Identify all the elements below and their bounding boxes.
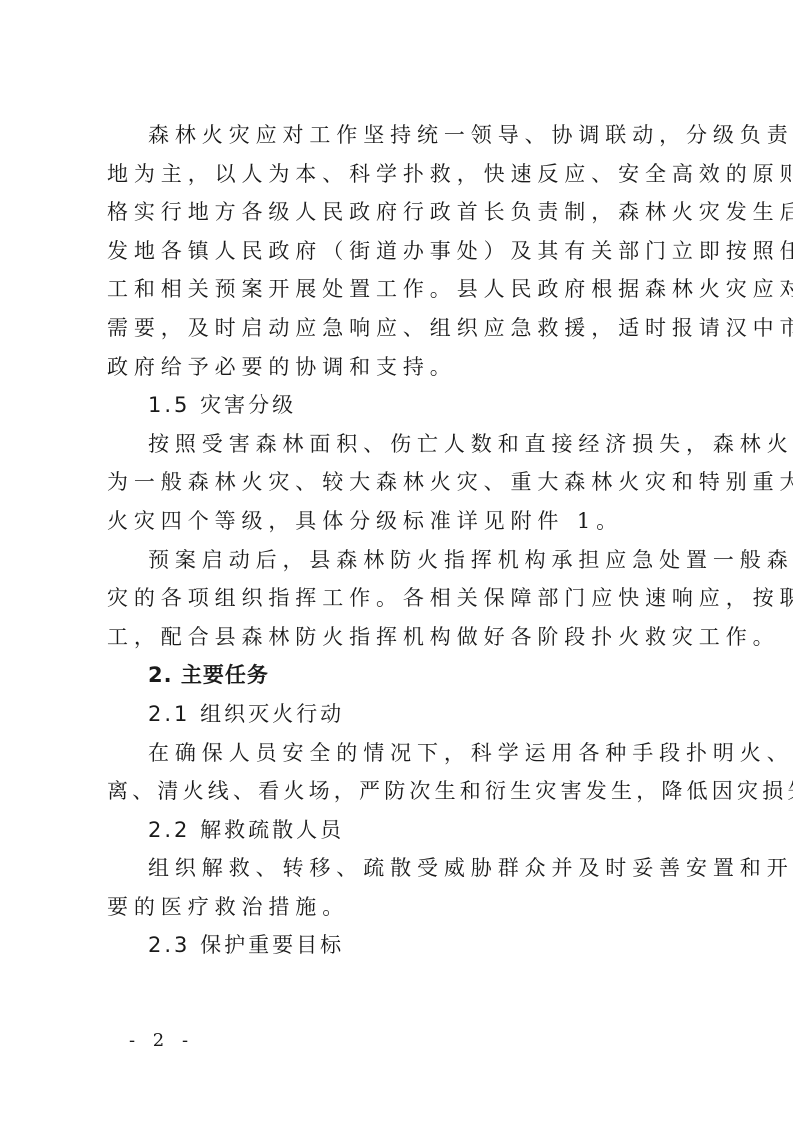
text-line: 格实行地方各级人民政府行政首长负责制，森林火灾发生后，事 bbox=[107, 193, 715, 232]
paragraph-firefighting: 在确保人员安全的情况下，科学运用各种手段扑明火、开隔 离、清火线、看火场，严防次… bbox=[107, 734, 715, 811]
text-line: 离、清火线、看火场，严防次生和衍生灾害发生，降低因灾损失。 bbox=[107, 772, 715, 811]
text-line: 在确保人员安全的情况下，科学运用各种手段扑明火、开隔 bbox=[107, 734, 715, 773]
text-line: 森林火灾应对工作坚持统一领导、协调联动，分级负责、属 bbox=[107, 116, 715, 155]
section-heading-1-5: 1.5 灾害分级 bbox=[107, 386, 715, 425]
text-line: 火灾四个等级，具体分级标准详见附件 1。 bbox=[107, 502, 715, 541]
paragraph-evacuation: 组织解救、转移、疏散受威胁群众并及时妥善安置和开展必 要的医疗救治措施。 bbox=[107, 849, 715, 926]
section-heading-2-3: 2.3 保护重要目标 bbox=[107, 926, 715, 965]
text-line: 预案启动后，县森林防火指挥机构承担应急处置一般森林火 bbox=[107, 541, 715, 580]
section-heading-2-1: 2.1 组织灭火行动 bbox=[107, 695, 715, 734]
text-line: 为一般森林火灾、较大森林火灾、重大森林火灾和特别重大森林 bbox=[107, 463, 715, 502]
paragraph-principles: 森林火灾应对工作坚持统一领导、协调联动，分级负责、属 地为主，以人为本、科学扑救… bbox=[107, 116, 715, 386]
text-line: 要的医疗救治措施。 bbox=[107, 888, 715, 927]
text-line: 政府给予必要的协调和支持。 bbox=[107, 348, 715, 387]
paragraph-disaster-levels: 按照受害森林面积、伤亡人数和直接经济损失，森林火灾分 为一般森林火灾、较大森林火… bbox=[107, 425, 715, 541]
section-heading-2-2: 2.2 解救疏散人员 bbox=[107, 811, 715, 850]
text-line: 工，配合县森林防火指挥机构做好各阶段扑火救灾工作。 bbox=[107, 618, 715, 657]
text-line: 发地各镇人民政府（街道办事处）及其有关部门立即按照任务分 bbox=[107, 232, 715, 271]
text-line: 需要，及时启动应急响应、组织应急救援，适时报请汉中市人民 bbox=[107, 309, 715, 348]
text-line: 按照受害森林面积、伤亡人数和直接经济损失，森林火灾分 bbox=[107, 425, 715, 464]
text-line: 工和相关预案开展处置工作。县人民政府根据森林火灾应对工作 bbox=[107, 270, 715, 309]
document-page: 森林火灾应对工作坚持统一领导、协调联动，分级负责、属 地为主，以人为本、科学扑救… bbox=[107, 116, 715, 965]
text-line: 组织解救、转移、疏散受威胁群众并及时妥善安置和开展必 bbox=[107, 849, 715, 888]
text-line: 灾的各项组织指挥工作。各相关保障部门应快速响应，按职责分 bbox=[107, 579, 715, 618]
paragraph-plan-activation: 预案启动后，县森林防火指挥机构承担应急处置一般森林火 灾的各项组织指挥工作。各相… bbox=[107, 541, 715, 657]
text-line: 地为主，以人为本、科学扑救，快速反应、安全高效的原则。严 bbox=[107, 155, 715, 194]
section-heading-2: 2. 主要任务 bbox=[107, 656, 715, 695]
page-number: - 2 - bbox=[129, 1030, 194, 1051]
